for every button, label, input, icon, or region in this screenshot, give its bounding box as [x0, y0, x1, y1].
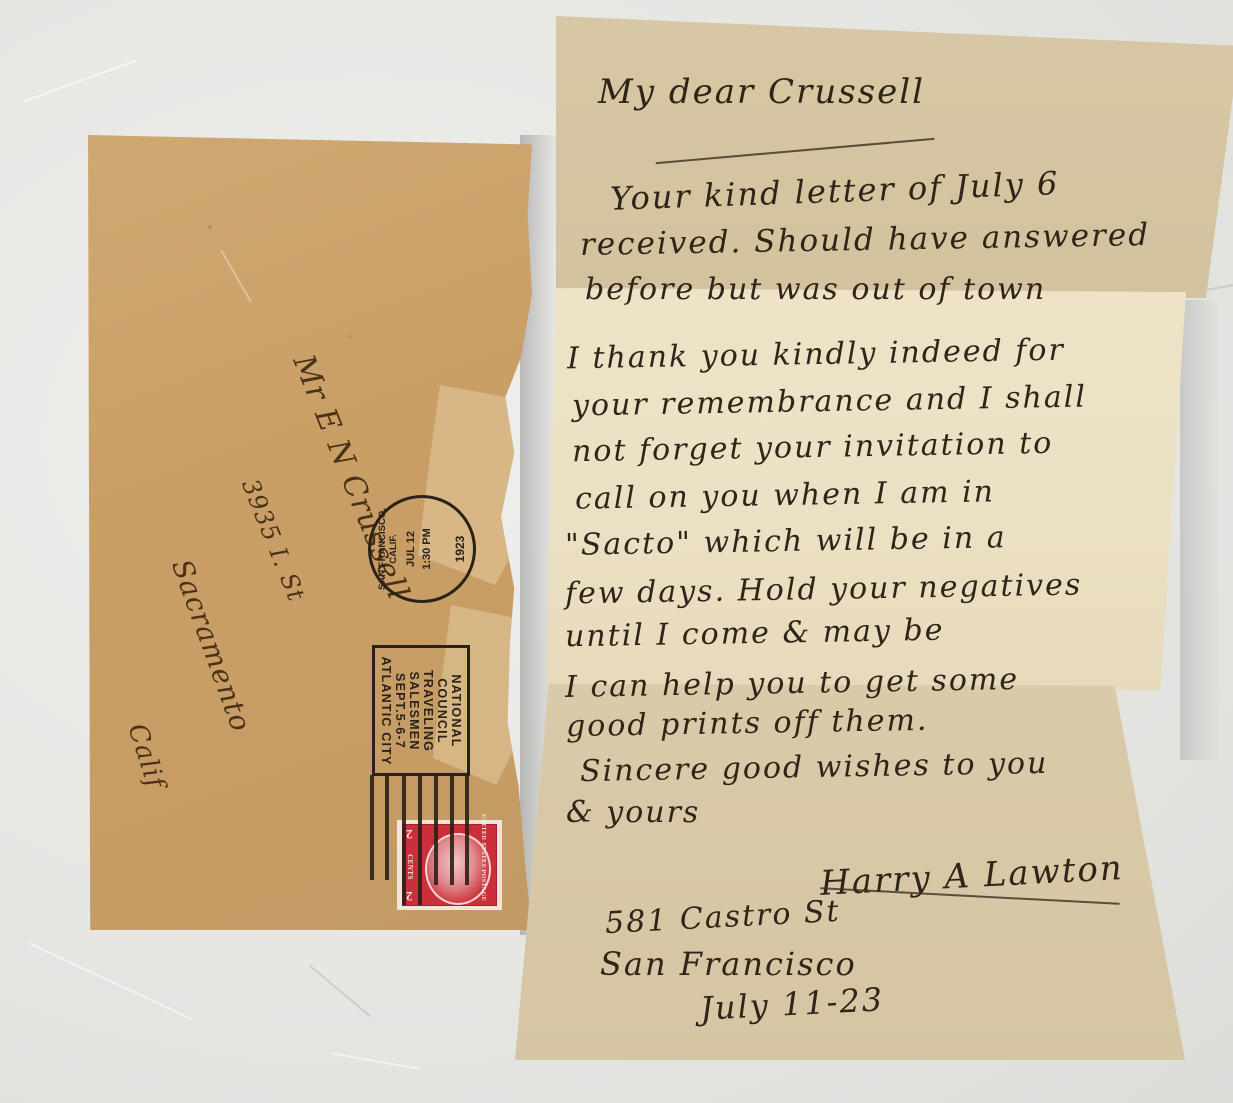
letter-line: call on you when I am in	[575, 474, 996, 516]
letter-shadow	[1180, 300, 1220, 760]
letter-line: before but was out of town	[585, 272, 1046, 307]
postmark-time: 1:30 PM	[421, 498, 433, 600]
slogan-line: SEPT.5-6-7	[393, 673, 407, 749]
background-crease	[23, 60, 136, 103]
postmark: SAN FRANCISCO, CALIF. JUL 12 1:30 PM 192…	[368, 495, 476, 603]
cancel-bar	[465, 775, 469, 885]
background-crease	[309, 965, 372, 1018]
postmark-year: 1923	[453, 498, 467, 600]
cancel-bar	[370, 775, 374, 880]
cancel-bar	[385, 775, 389, 880]
stamp-denomination-bottom: 2	[406, 888, 413, 904]
envelope-speck	[348, 335, 351, 338]
letter-line: & yours	[566, 795, 700, 830]
slogan-line: COUNCIL	[435, 678, 449, 743]
postmark-date: JUL 12	[405, 498, 417, 600]
letter-line: until I come & may be	[565, 613, 945, 655]
stamp-unit: CENTS	[406, 854, 414, 880]
stamp-denomination-top: 2	[406, 826, 413, 842]
slogan-cancel: NATIONAL COUNCIL TRAVELING SALESMEN SEPT…	[372, 645, 470, 776]
letter-line: good prints off them.	[566, 703, 929, 744]
cancel-bar	[434, 775, 438, 885]
postmark-city: SAN FRANCISCO, CALIF.	[377, 498, 399, 600]
envelope-scratch	[220, 250, 252, 303]
slogan-line: NATIONAL	[449, 674, 463, 747]
background-crease	[331, 1052, 420, 1070]
slogan-line: TRAVELING	[421, 669, 435, 751]
sender-city: San Francisco	[600, 945, 857, 983]
stamp-country: UNITED STATES POSTAGE	[480, 814, 486, 914]
slogan-line: ATLANTIC CITY	[379, 656, 393, 765]
cancel-bar	[418, 775, 422, 905]
letter-greeting: My dear Crussell	[598, 72, 925, 112]
background-crease	[28, 942, 192, 1020]
cancel-bar	[402, 775, 406, 905]
cancel-bar	[450, 775, 454, 885]
envelope-speck	[208, 225, 212, 229]
slogan-line: SALESMEN	[407, 671, 421, 750]
